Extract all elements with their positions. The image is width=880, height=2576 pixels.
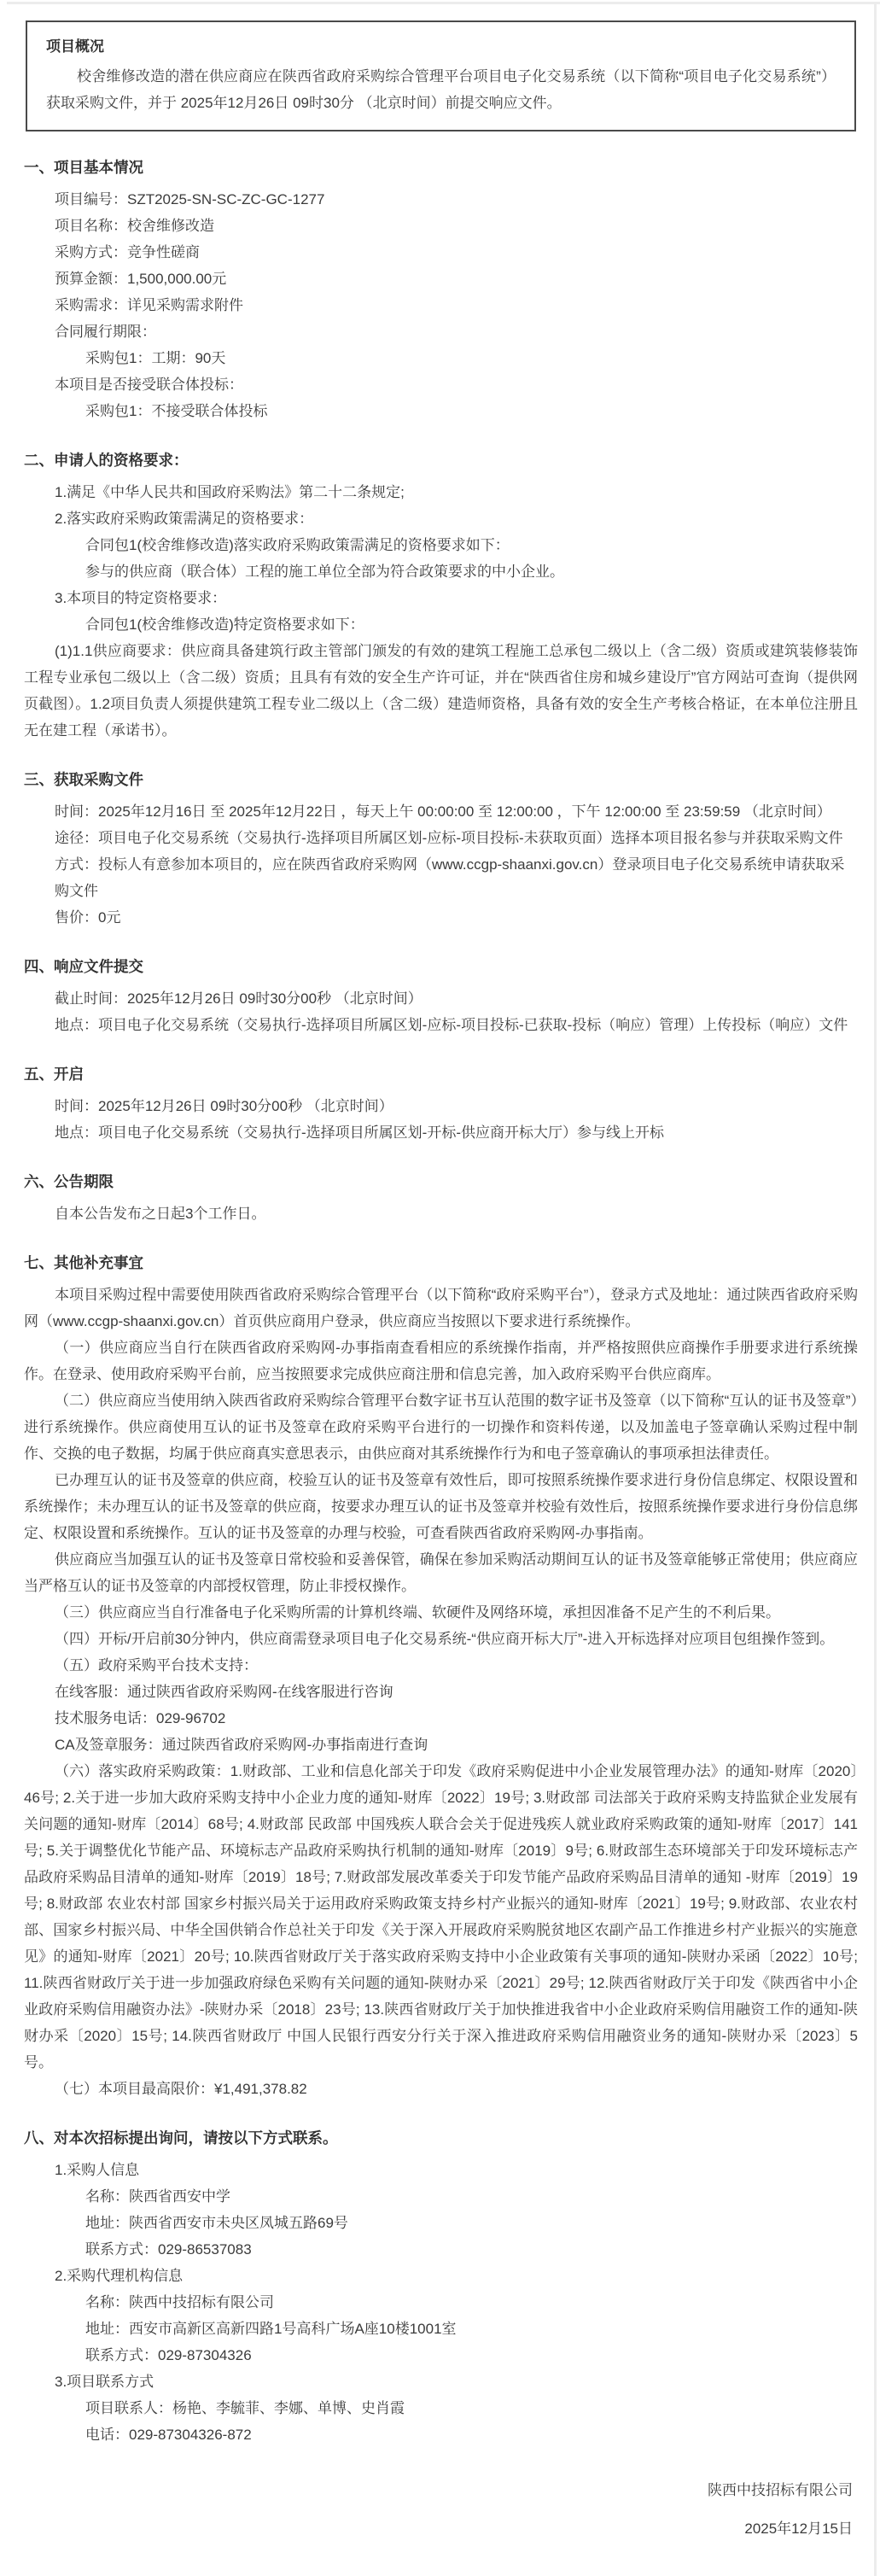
section-line: 合同履行期限： [24,318,858,345]
section-line: 供应商应当加强互认的证书及签章日常校验和妥善保管，确保在参加采购活动期间互认的证… [24,1546,858,1599]
section-line: 地址：陕西省西安市未央区凤城五路69号 [24,2210,858,2236]
section-line: 本项目采购过程中需要使用陕西省政府采购综合管理平台（以下简称“政府采购平台”），… [24,1282,858,1335]
section-line: 联系方式：029-86537083 [24,2236,858,2263]
section-line: 截止时间：2025年12月26日 09时30分00秒 （北京时间） [24,985,858,1012]
section-heading: 四、响应文件提交 [24,954,858,979]
project-overview-text: 校舍维修改造的潜在供应商应在陕西省政府采购综合管理平台项目电子化交易系统（以下简… [46,63,836,116]
section-heading: 一、项目基本情况 [24,155,858,180]
announcement-document: 项目概况 校舍维修改造的潜在供应商应在陕西省政府采购综合管理平台项目电子化交易系… [0,0,880,2576]
section-line: 1.采购人信息 [24,2157,858,2183]
section-line: 项目联系人：杨艳、李毓菲、李娜、单博、史肖霞 [24,2395,858,2421]
footer-publish-date: 2025年12月15日 [24,2515,853,2542]
section-line: 采购包1：不接受联合体投标 [24,398,858,424]
section-line: 1.满足《中华人民共和国政府采购法》第二十二条规定; [24,479,858,505]
section-line: 合同包1(校舍维修改造)特定资格要求如下： [24,611,858,638]
footer-agency-name: 陕西中技招标有限公司 [24,2477,853,2503]
project-overview-title: 项目概况 [46,34,836,60]
section-heading: 五、开启 [24,1061,858,1087]
section-heading: 八、对本次招标提出询问，请按以下方式联系。 [24,2125,858,2151]
section-line: 时间：2025年12月16日 至 2025年12月22日 ，每天上午 00:00… [24,798,858,825]
section-line: 地点：项目电子化交易系统（交易执行-选择项目所属区划-应标-项目投标-已获取-投… [24,1012,858,1038]
section-line: 本项目是否接受联合体投标： [24,371,858,398]
section-line: （六）落实政府采购政策：1.财政部、工业和信息化部关于印发《政府采购促进中小企业… [24,1758,858,2076]
section-line: 地址：西安市高新区高新四路1号高科广场A座10楼1001室 [24,2316,858,2342]
section-line: (1)1.1供应商要求：供应商具备建筑行政主管部门颁发的有效的建筑工程施工总承包… [24,638,858,744]
section-line: CA及签章服务：通过陕西省政府采购网-办事指南进行查询 [24,1732,858,1758]
section-line: （二）供应商应当使用纳入陕西省政府采购综合管理平台数字证书互认范围的数字证书及签… [24,1387,858,1467]
section-line: 已办理互认的证书及签章的供应商，校验互认的证书及签章有效性后，即可按照系统操作要… [24,1467,858,1546]
page-top-divider [7,2,880,4]
section-line: （七）本项目最高限价：¥1,491,378.82 [24,2076,858,2102]
page-right-divider [874,2,877,2576]
section-line: 方式：投标人有意参加本项目的，应在陕西省政府采购网（www.ccgp-shaan… [24,851,858,904]
section-line: 项目名称：校舍维修改造 [24,213,858,239]
section-line: 2.落实政府采购政策需满足的资格要求： [24,505,858,532]
section-line: （五）政府采购平台技术支持： [24,1652,858,1679]
section-line: （四）开标/开启前30分钟内，供应商需登录项目电子化交易系统-“供应商开标大厅”… [24,1626,858,1652]
section-line: 时间：2025年12月26日 09时30分00秒 （北京时间） [24,1093,858,1119]
section-line: 采购包1：工期：90天 [24,345,858,371]
section-line: 项目编号：SZT2025-SN-SC-ZC-GC-1277 [24,186,858,213]
section-line: 参与的供应商（联合体）工程的施工单位全部为符合政策要求的中小企业。 [24,558,858,585]
section-line: 预算金额：1,500,000.00元 [24,266,858,292]
section-line: 联系方式：029-87304326 [24,2342,858,2369]
section-line: 3.项目联系方式 [24,2369,858,2395]
section-heading: 三、获取采购文件 [24,767,858,792]
section-line: 采购方式：竞争性磋商 [24,239,858,266]
section-line: 名称：陕西中技招标有限公司 [24,2289,858,2316]
section-line: （三）供应商应当自行准备电子化采购所需的计算机终端、软硬件及网络环境，承担因准备… [24,1599,858,1626]
section-line: 在线客服：通过陕西省政府采购网-在线客服进行咨询 [24,1679,858,1705]
section-heading: 六、公告期限 [24,1169,858,1195]
section-line: 技术服务电话：029-96702 [24,1705,858,1732]
section-line: 电话：029-87304326-872 [24,2421,858,2448]
project-overview-box: 项目概况 校舍维修改造的潜在供应商应在陕西省政府采购综合管理平台项目电子化交易系… [26,20,856,131]
section-line: （一）供应商应当自行在陕西省政府采购网-办事指南查看相应的系统操作指南，并严格按… [24,1335,858,1387]
section-line: 途径：项目电子化交易系统（交易执行-选择项目所属区划-应标-项目投标-未获取页面… [24,825,858,851]
section-heading: 七、其他补充事宜 [24,1250,858,1276]
section-line: 采购需求：详见采购需求附件 [24,292,858,318]
section-line: 2.采购代理机构信息 [24,2263,858,2289]
section-line: 3.本项目的特定资格要求： [24,585,858,611]
section-heading: 二、申请人的资格要求： [24,447,858,473]
section-line: 合同包1(校舍维修改造)落实政府采购政策需满足的资格要求如下： [24,532,858,558]
section-line: 售价：0元 [24,904,858,931]
document-footer: 陕西中技招标有限公司 2025年12月15日 [24,2477,858,2542]
section-line: 自本公告发布之日起3个工作日。 [24,1200,858,1227]
section-line: 名称：陕西省西安中学 [24,2183,858,2210]
sections-container: 一、项目基本情况项目编号：SZT2025-SN-SC-ZC-GC-1277项目名… [24,155,858,2448]
section-line: 地点：项目电子化交易系统（交易执行-选择项目所属区划-开标-供应商开标大厅）参与… [24,1119,858,1146]
